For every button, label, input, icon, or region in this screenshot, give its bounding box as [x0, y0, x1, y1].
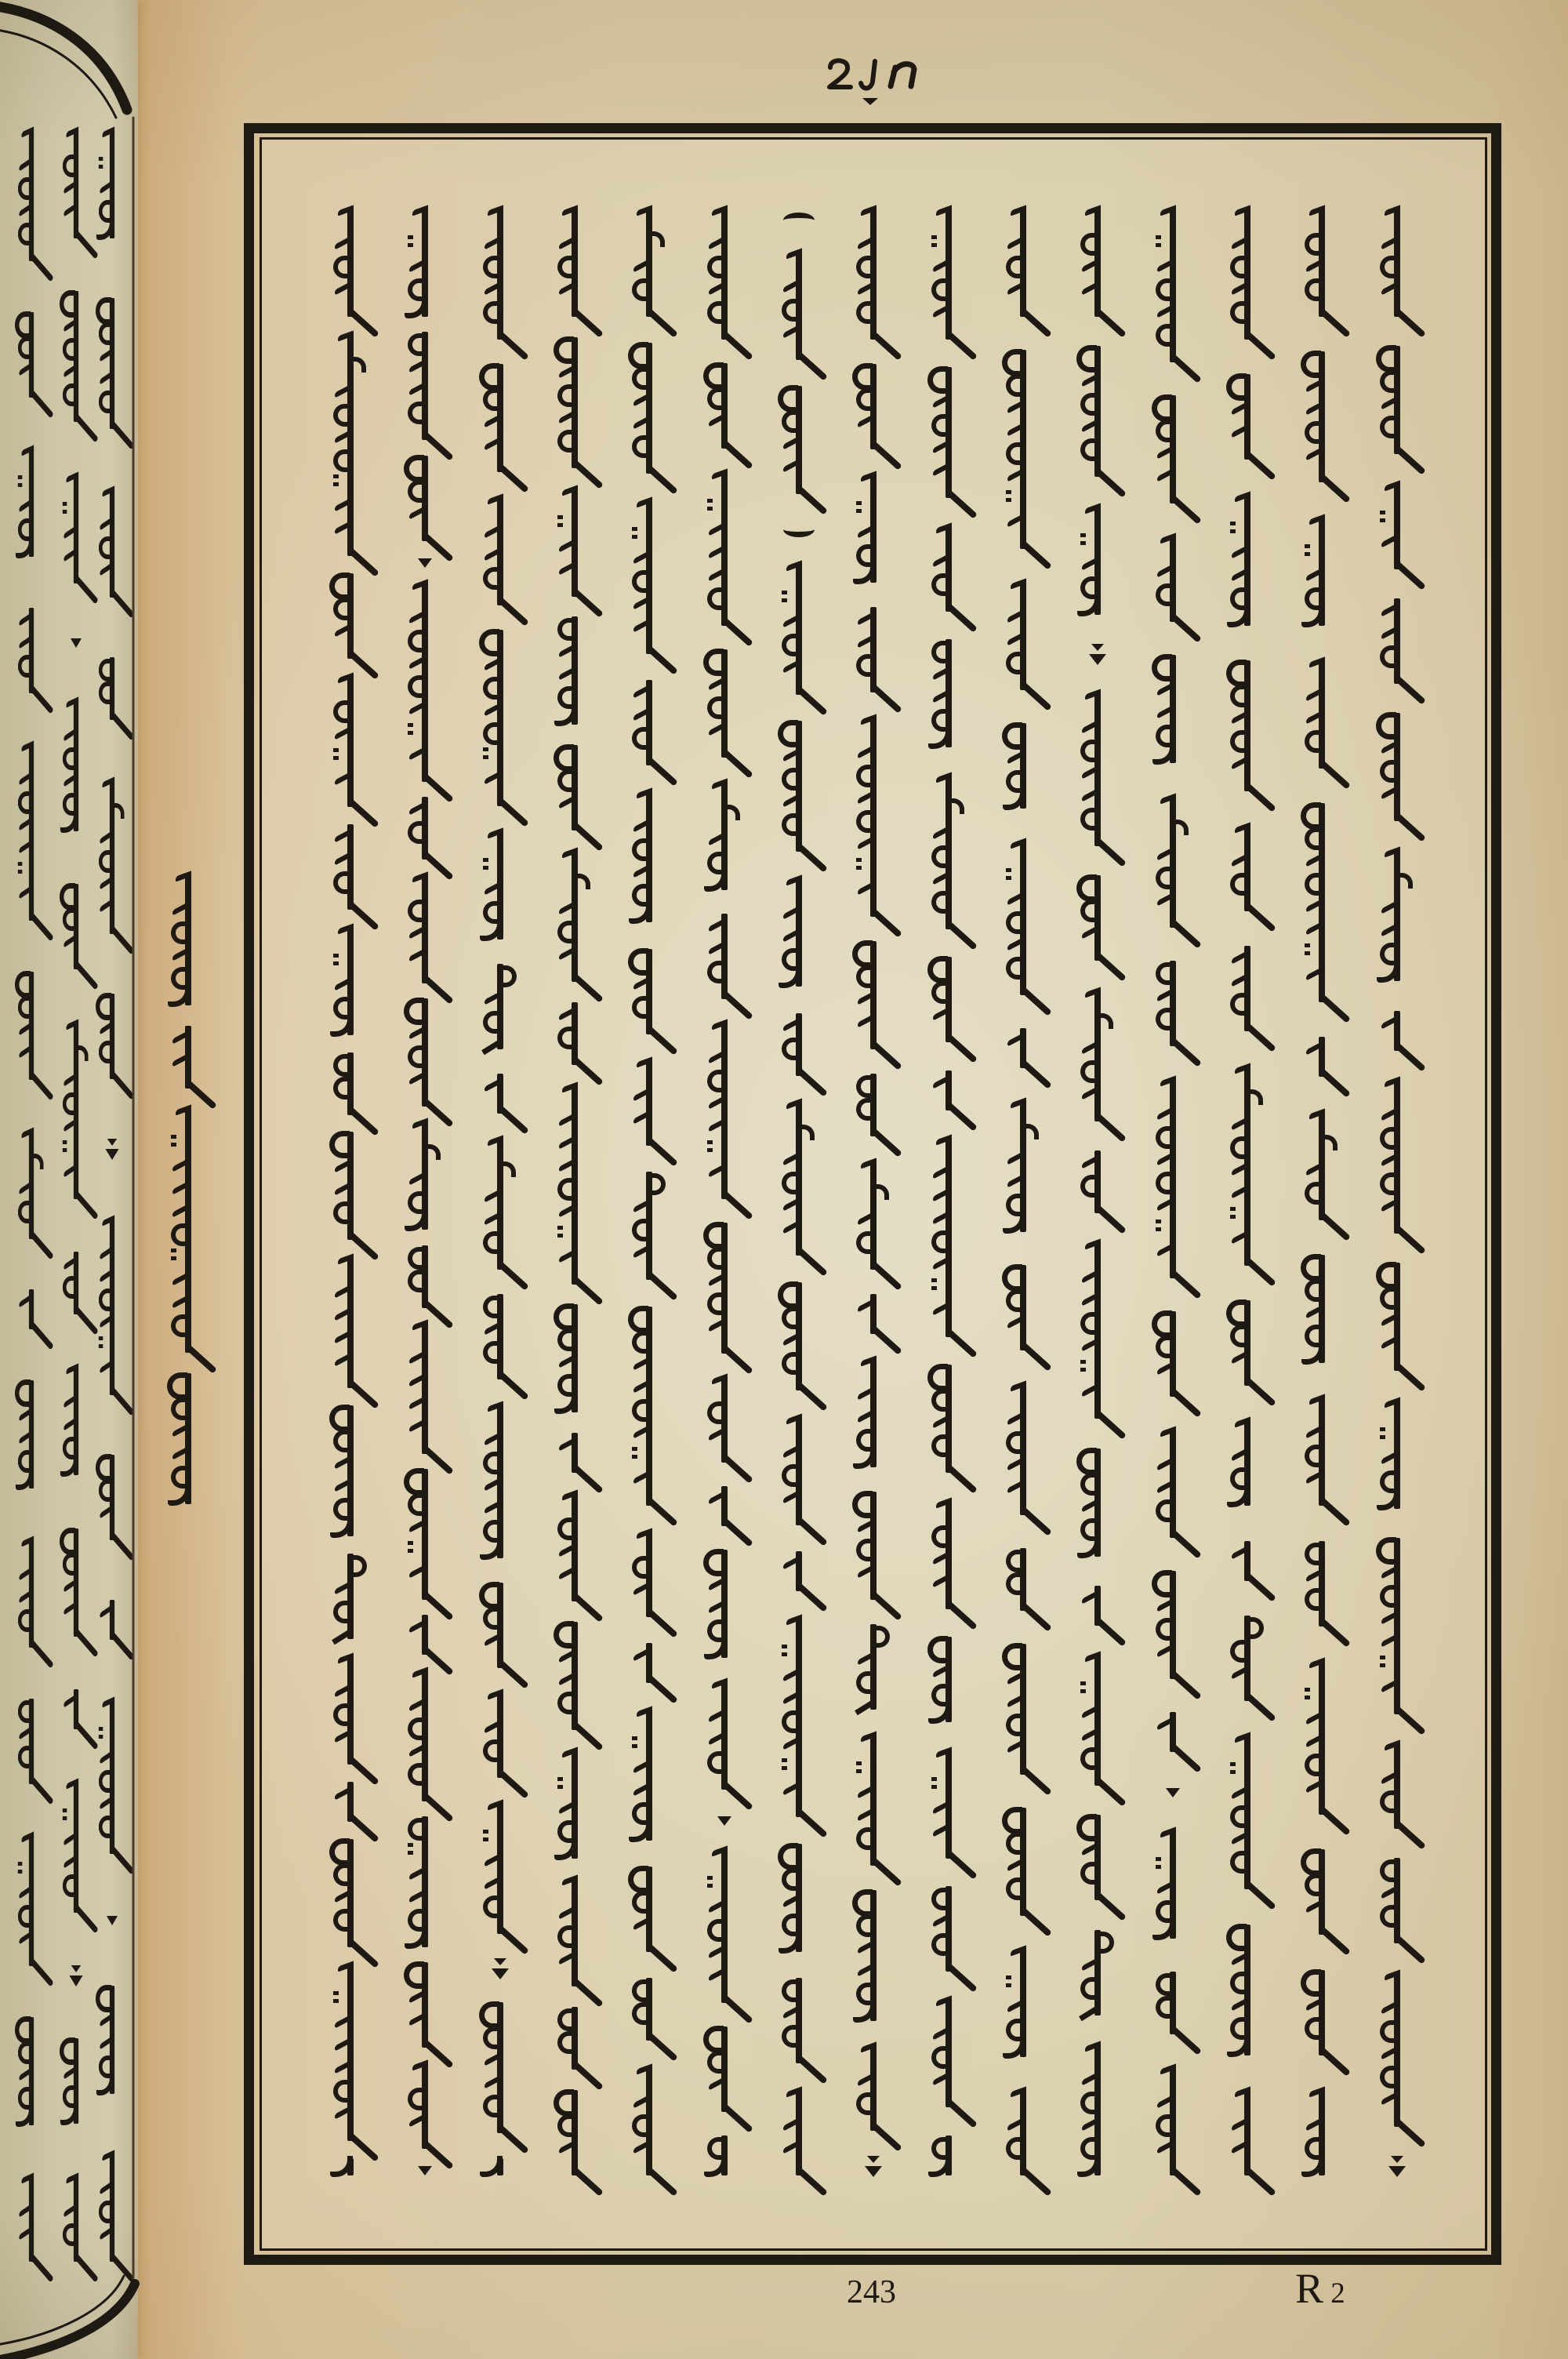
glyph-stroke — [774, 2135, 824, 2157]
glyph-stroke — [93, 152, 132, 175]
glyph-stroke — [1297, 1442, 1347, 1465]
glyph-stroke — [325, 1621, 376, 1644]
glyph-stroke — [699, 562, 750, 585]
mongolian-word — [1148, 536, 1198, 627]
glyph-stroke — [998, 208, 1048, 231]
mongolian-word — [699, 2026, 750, 2117]
glyph-stroke — [848, 899, 898, 921]
glyph-stroke — [550, 744, 600, 767]
mongolian-word — [1222, 1924, 1272, 2060]
glyph-stroke — [12, 1925, 51, 1948]
glyph-stroke — [325, 1154, 376, 1176]
mongolian-word — [1148, 796, 1198, 932]
glyph-stroke — [774, 319, 824, 342]
glyph-stroke — [1372, 1423, 1422, 1445]
glyph-stroke — [12, 1379, 51, 1402]
glyph-stroke — [93, 129, 132, 152]
glyph-stroke — [325, 2157, 376, 2180]
glyph-stroke — [699, 362, 750, 385]
glyph-stroke — [93, 2008, 132, 2030]
glyph-stroke — [475, 299, 525, 322]
glyph-stroke — [624, 1194, 674, 1216]
mongolian-word — [56, 883, 96, 974]
glyph-stroke — [1148, 677, 1198, 700]
glyph-stroke — [624, 276, 674, 299]
mongolian-word — [550, 1621, 600, 1735]
glyph-stroke — [924, 1954, 974, 1976]
mongolian-word — [56, 290, 96, 427]
glyph-stroke — [1148, 841, 1198, 864]
glyph-stroke — [924, 366, 974, 389]
glyph-stroke — [1073, 1929, 1123, 1952]
glyph-stroke — [624, 387, 674, 410]
glyph-stroke — [93, 1241, 132, 1263]
mongolian-word — [924, 208, 974, 344]
glyph-stroke — [624, 1709, 674, 1732]
glyph-stroke — [325, 356, 376, 379]
glyph-stroke — [550, 873, 600, 896]
mongolian-word — [998, 581, 1048, 695]
glyph-stroke — [550, 382, 600, 405]
glyph-stroke — [924, 2135, 974, 2157]
text-column — [400, 208, 450, 2180]
glyph-stroke — [774, 900, 824, 923]
glyph-stroke — [1222, 2089, 1272, 2112]
glyph-stroke — [774, 431, 824, 453]
glyph-stroke — [774, 969, 824, 991]
glyph-stroke — [1372, 1560, 1422, 1583]
glyph-stroke — [924, 457, 974, 480]
glyph-stroke — [998, 440, 1048, 463]
glyph-stroke — [325, 1450, 376, 1473]
glyph-stroke — [1148, 253, 1198, 276]
text-column — [325, 208, 376, 2180]
text-column — [774, 208, 824, 2180]
punctuation-comma — [93, 1913, 132, 1930]
glyph-stroke — [12, 448, 51, 471]
mongolian-word — [475, 1404, 525, 1563]
glyph-stroke — [624, 1171, 674, 1194]
glyph-stroke — [475, 876, 525, 899]
glyph-stroke — [624, 636, 674, 659]
glyph-stroke — [774, 1147, 824, 1169]
glyph-stroke — [1222, 1202, 1272, 1225]
glyph-stroke — [848, 1957, 898, 1980]
mongolian-word — [1372, 1262, 1422, 1376]
glyph-stroke — [699, 1985, 750, 2008]
glyph-stroke — [1297, 351, 1347, 373]
glyph-stroke — [475, 1073, 525, 1096]
glyph-stroke — [699, 276, 750, 299]
page-number: 243 — [847, 2276, 896, 2309]
glyph-stroke — [998, 672, 1048, 695]
glyph-stroke — [1297, 299, 1347, 322]
mongolian-word — [325, 823, 376, 914]
glyph-stroke — [624, 613, 674, 636]
book-spread-photo: 243 R 2 — [0, 0, 1568, 2359]
glyph-stroke — [699, 322, 750, 344]
glyph-stroke — [56, 745, 96, 768]
glyph-stroke — [924, 208, 974, 231]
glyph-stroke — [1073, 1058, 1123, 1081]
glyph-stroke — [325, 1222, 376, 1245]
glyph-stroke — [400, 1166, 450, 1189]
glyph-stroke — [998, 2112, 1048, 2135]
glyph-stroke — [924, 911, 974, 934]
glyph-stroke — [325, 1405, 376, 1427]
glyph-stroke — [699, 1336, 750, 1358]
glyph-stroke — [1297, 1683, 1347, 1706]
glyph-stroke — [1073, 1103, 1123, 1126]
glyph-stroke — [400, 455, 450, 478]
glyph-stroke — [1372, 208, 1422, 231]
glyph-stroke — [12, 1721, 51, 1743]
glyph-stroke — [774, 1617, 824, 1640]
glyph-stroke — [550, 1644, 600, 1667]
glyph-stroke — [325, 1427, 376, 1450]
glyph-stroke — [1148, 1356, 1198, 1379]
mongolian-word — [848, 1161, 898, 1274]
glyph-stroke — [1297, 585, 1347, 608]
glyph-stroke — [848, 1623, 898, 1646]
glyph-stroke — [1148, 1078, 1198, 1101]
glyph-stroke — [774, 1799, 824, 1822]
mongolian-word — [624, 342, 674, 478]
glyph-stroke — [774, 296, 824, 319]
mongolian-word — [1297, 1254, 1347, 1368]
glyph-stroke — [475, 1627, 525, 1650]
glyph-stroke — [998, 1310, 1048, 1332]
glyph-stroke — [325, 641, 376, 663]
glyph-stroke — [1222, 1089, 1272, 1111]
glyph-stroke — [325, 333, 376, 356]
glyph-stroke — [400, 1637, 450, 1659]
glyph-stroke — [1222, 1345, 1272, 1368]
glyph-stroke — [998, 604, 1048, 627]
glyph-stroke — [93, 1499, 132, 1522]
glyph-stroke — [400, 331, 450, 354]
glyph-stroke — [12, 607, 51, 630]
mongolian-word — [475, 2157, 525, 2180]
glyph-stroke — [93, 1332, 132, 1354]
glyph-stroke — [550, 533, 600, 556]
glyph-stroke — [848, 762, 898, 785]
glyph-stroke — [848, 2003, 898, 2026]
glyph-stroke — [93, 1813, 132, 1836]
glyph-stroke — [1148, 1971, 1198, 1994]
glyph-stroke — [163, 942, 213, 965]
glyph-stroke — [475, 1339, 525, 1361]
glyph-stroke — [12, 1425, 51, 1448]
glyph-stroke — [550, 1818, 600, 1841]
glyph-stroke — [1148, 1260, 1198, 1283]
glyph-stroke — [848, 519, 898, 542]
glyph-stroke — [56, 1022, 96, 1045]
glyph-stroke — [774, 385, 824, 408]
glyph-stroke — [998, 1191, 1048, 1214]
mongolian-word — [924, 1070, 974, 1115]
glyph-stroke — [550, 1689, 600, 1712]
glyph-stroke — [12, 1448, 51, 1470]
glyph-stroke — [56, 1251, 96, 1274]
mongolian-word — [550, 336, 600, 473]
glyph-stroke — [1297, 1299, 1347, 1322]
glyph-stroke — [1297, 1917, 1347, 1939]
glyph-stroke — [325, 2032, 376, 2055]
glyph-stroke — [998, 417, 1048, 440]
glyph-stroke — [475, 697, 525, 720]
glyph-stroke — [924, 389, 974, 412]
mongolian-word — [550, 744, 600, 835]
glyph-stroke — [550, 556, 600, 579]
glyph-stroke — [774, 1843, 824, 1866]
glyph-stroke — [1073, 1448, 1123, 1470]
glyph-stroke — [1297, 1157, 1347, 1179]
glyph-stroke — [848, 629, 898, 652]
glyph-stroke — [475, 1293, 525, 1316]
glyph-stroke — [624, 1934, 674, 1957]
glyph-stroke — [624, 1239, 674, 1262]
mongolian-word — [475, 1802, 525, 1939]
glyph-stroke — [699, 1022, 750, 1045]
glyph-stroke — [93, 2153, 132, 2175]
glyph-stroke — [774, 1035, 824, 1058]
mongolian-word — [624, 1977, 674, 2045]
glyph-stroke — [848, 876, 898, 899]
glyph-stroke — [325, 1199, 376, 1222]
glyph-stroke — [624, 1442, 674, 1465]
glyph-stroke — [924, 1908, 974, 1931]
glyph-stroke — [1222, 848, 1272, 871]
glyph-stroke — [93, 580, 132, 602]
glyph-stroke — [56, 768, 96, 791]
glyph-stroke — [550, 1750, 600, 1772]
glyph-stroke — [848, 1206, 898, 1229]
glyph-stroke — [1297, 562, 1347, 585]
glyph-stroke — [1372, 1102, 1422, 1125]
glyph-stroke — [56, 1412, 96, 1434]
glyph-stroke — [475, 2024, 525, 2047]
glyph-stroke — [550, 1561, 600, 1583]
glyph-stroke — [56, 1366, 96, 1389]
glyph-stroke — [1222, 1946, 1272, 1969]
mongolian-word — [774, 1416, 824, 1530]
glyph-stroke — [1073, 1332, 1123, 1355]
glyph-stroke — [1297, 1848, 1347, 1871]
mongolian-word — [1148, 654, 1198, 768]
glyph-stroke — [1222, 728, 1272, 751]
mongolian-word — [848, 363, 898, 454]
glyph-stroke — [93, 1985, 132, 2008]
mongolian-word — [1372, 598, 1422, 689]
mongolian-word — [1073, 1654, 1123, 1790]
glyph-stroke — [774, 1550, 824, 1573]
glyph-stroke — [475, 1161, 525, 1183]
glyph-stroke — [699, 517, 750, 540]
glyph-stroke — [163, 1441, 213, 1463]
glyph-stroke — [1222, 494, 1272, 517]
mongolian-word — [1372, 483, 1422, 574]
glyph-stroke — [624, 591, 674, 613]
glyph-stroke — [325, 493, 376, 515]
glyph-stroke — [56, 129, 96, 152]
glyph-stroke — [624, 1642, 674, 1665]
glyph-stroke — [924, 866, 974, 889]
glyph-stroke — [475, 208, 525, 231]
glyph-stroke — [998, 372, 1048, 394]
glyph-stroke — [1372, 1925, 1422, 1948]
glyph-stroke — [93, 780, 132, 802]
glyph-stroke — [325, 675, 376, 698]
mongolian-word — [93, 2153, 132, 2266]
mongolian-word — [774, 1281, 824, 1395]
mongolian-word — [774, 2089, 824, 2180]
glyph-stroke — [774, 834, 824, 856]
glyph-stroke — [998, 253, 1048, 276]
glyph-stroke — [56, 2083, 96, 2106]
glyph-stroke — [1148, 1875, 1198, 1898]
glyph-stroke — [998, 1994, 1048, 2016]
glyph-stroke — [848, 2113, 898, 2135]
mongolian-word — [325, 1052, 376, 1120]
glyph-stroke — [774, 1573, 824, 1596]
glyph-stroke — [998, 1027, 1048, 1050]
glyph-stroke — [1372, 758, 1422, 780]
mongolian-word — [400, 1468, 450, 1605]
glyph-stroke — [998, 2016, 1048, 2039]
glyph-stroke — [998, 954, 1048, 977]
glyph-stroke — [924, 2157, 974, 2180]
mongolian-word — [475, 1073, 525, 1118]
glyph-stroke — [163, 1221, 213, 1244]
mongolian-word — [699, 2135, 750, 2180]
glyph-stroke — [848, 1031, 898, 1054]
glyph-stroke — [163, 1267, 213, 1289]
mongolian-word — [325, 1781, 376, 1826]
glyph-stroke — [848, 1912, 898, 1935]
glyph-stroke — [1073, 760, 1123, 783]
glyph-stroke — [56, 497, 96, 520]
glyph-stroke — [1372, 1400, 1422, 1423]
glyph-stroke — [624, 1823, 674, 1845]
mongolian-word — [774, 878, 824, 991]
glyph-stroke — [1222, 562, 1272, 585]
glyph-stroke — [475, 674, 525, 697]
glyph-stroke — [699, 1894, 750, 1917]
glyph-stroke — [12, 357, 51, 380]
glyph-stroke — [774, 1776, 824, 1799]
glyph-stroke — [1148, 1830, 1198, 1852]
mongolian-word — [924, 1885, 974, 1976]
glyph-stroke — [325, 1804, 376, 1826]
mongolian-word — [1073, 1241, 1123, 1423]
glyph-stroke — [93, 557, 132, 580]
glyph-stroke — [848, 1825, 898, 1848]
glyph-stroke — [1297, 1660, 1347, 1683]
glyph-stroke — [699, 1848, 750, 1871]
mongolian-word — [1148, 1830, 1198, 1943]
glyph-stroke — [56, 1596, 96, 1619]
glyph-stroke — [998, 485, 1048, 508]
glyph-stroke — [848, 963, 898, 986]
glyph-stroke — [550, 1001, 600, 1024]
glyph-stroke — [624, 1016, 674, 1039]
mongolian-word — [1222, 208, 1272, 344]
mongolian-word — [1372, 1079, 1422, 1238]
glyph-stroke — [848, 1252, 898, 1274]
glyph-stroke — [1372, 803, 1422, 826]
glyph-stroke — [475, 363, 525, 386]
text-column — [550, 208, 600, 2180]
glyph-stroke — [1222, 1803, 1272, 1826]
glyph-stroke — [12, 1402, 51, 1425]
mongolian-word — [1222, 1419, 1272, 1510]
mongolian-word — [1148, 1711, 1198, 1757]
glyph-stroke — [400, 2063, 450, 2085]
mongolian-word — [56, 1781, 96, 1917]
glyph-stroke — [1148, 1147, 1198, 1169]
glyph-stroke — [1297, 2135, 1347, 2157]
glyph-stroke — [1222, 1563, 1272, 1586]
glyph-stroke — [1073, 1814, 1123, 1837]
glyph-stroke — [924, 594, 974, 616]
glyph-stroke — [56, 2060, 96, 2083]
glyph-stroke — [998, 1383, 1048, 1406]
glyph-stroke — [550, 1047, 600, 1070]
glyph-stroke — [400, 1738, 450, 1761]
mongolian-word — [163, 1372, 213, 1509]
mongolian-word — [624, 1171, 674, 1285]
glyph-stroke — [550, 1621, 600, 1644]
glyph-stroke — [12, 198, 51, 220]
glyph-stroke — [924, 1024, 974, 1047]
glyph-stroke — [1297, 728, 1347, 751]
glyph-stroke — [924, 434, 974, 457]
glyph-stroke — [699, 849, 750, 872]
glyph-stroke — [774, 743, 824, 765]
glyph-stroke — [699, 1067, 750, 1090]
glyph-stroke — [998, 1214, 1048, 1237]
glyph-stroke — [475, 1802, 525, 1825]
glyph-stroke — [56, 543, 96, 565]
mongolian-word — [325, 1838, 376, 1952]
glyph-stroke — [1148, 2066, 1198, 2089]
glyph-stroke — [56, 1528, 96, 1550]
glyph-stroke — [998, 1666, 1048, 1688]
punctuation-comma — [699, 1813, 750, 1830]
glyph-stroke — [325, 823, 376, 846]
glyph-stroke — [475, 652, 525, 674]
glyph-stroke — [1372, 666, 1422, 689]
glyph-stroke — [1073, 506, 1123, 529]
glyph-stroke — [1073, 1035, 1123, 1058]
glyph-stroke — [325, 1279, 376, 1302]
glyph-stroke — [1372, 2041, 1422, 2063]
glyph-stroke — [624, 1060, 674, 1082]
glyph-stroke — [848, 431, 898, 454]
mongolian-word — [774, 251, 824, 365]
glyph-stroke — [475, 1138, 525, 1161]
mongolian-word — [774, 720, 824, 856]
glyph-stroke — [848, 253, 898, 276]
glyph-stroke — [325, 869, 376, 892]
mongolian-word — [56, 129, 96, 243]
mongolian-word — [475, 2001, 525, 2138]
glyph-stroke — [1148, 654, 1198, 677]
glyph-stroke — [56, 1067, 96, 1090]
glyph-stroke — [93, 388, 132, 411]
glyph-stroke — [475, 2001, 525, 2024]
